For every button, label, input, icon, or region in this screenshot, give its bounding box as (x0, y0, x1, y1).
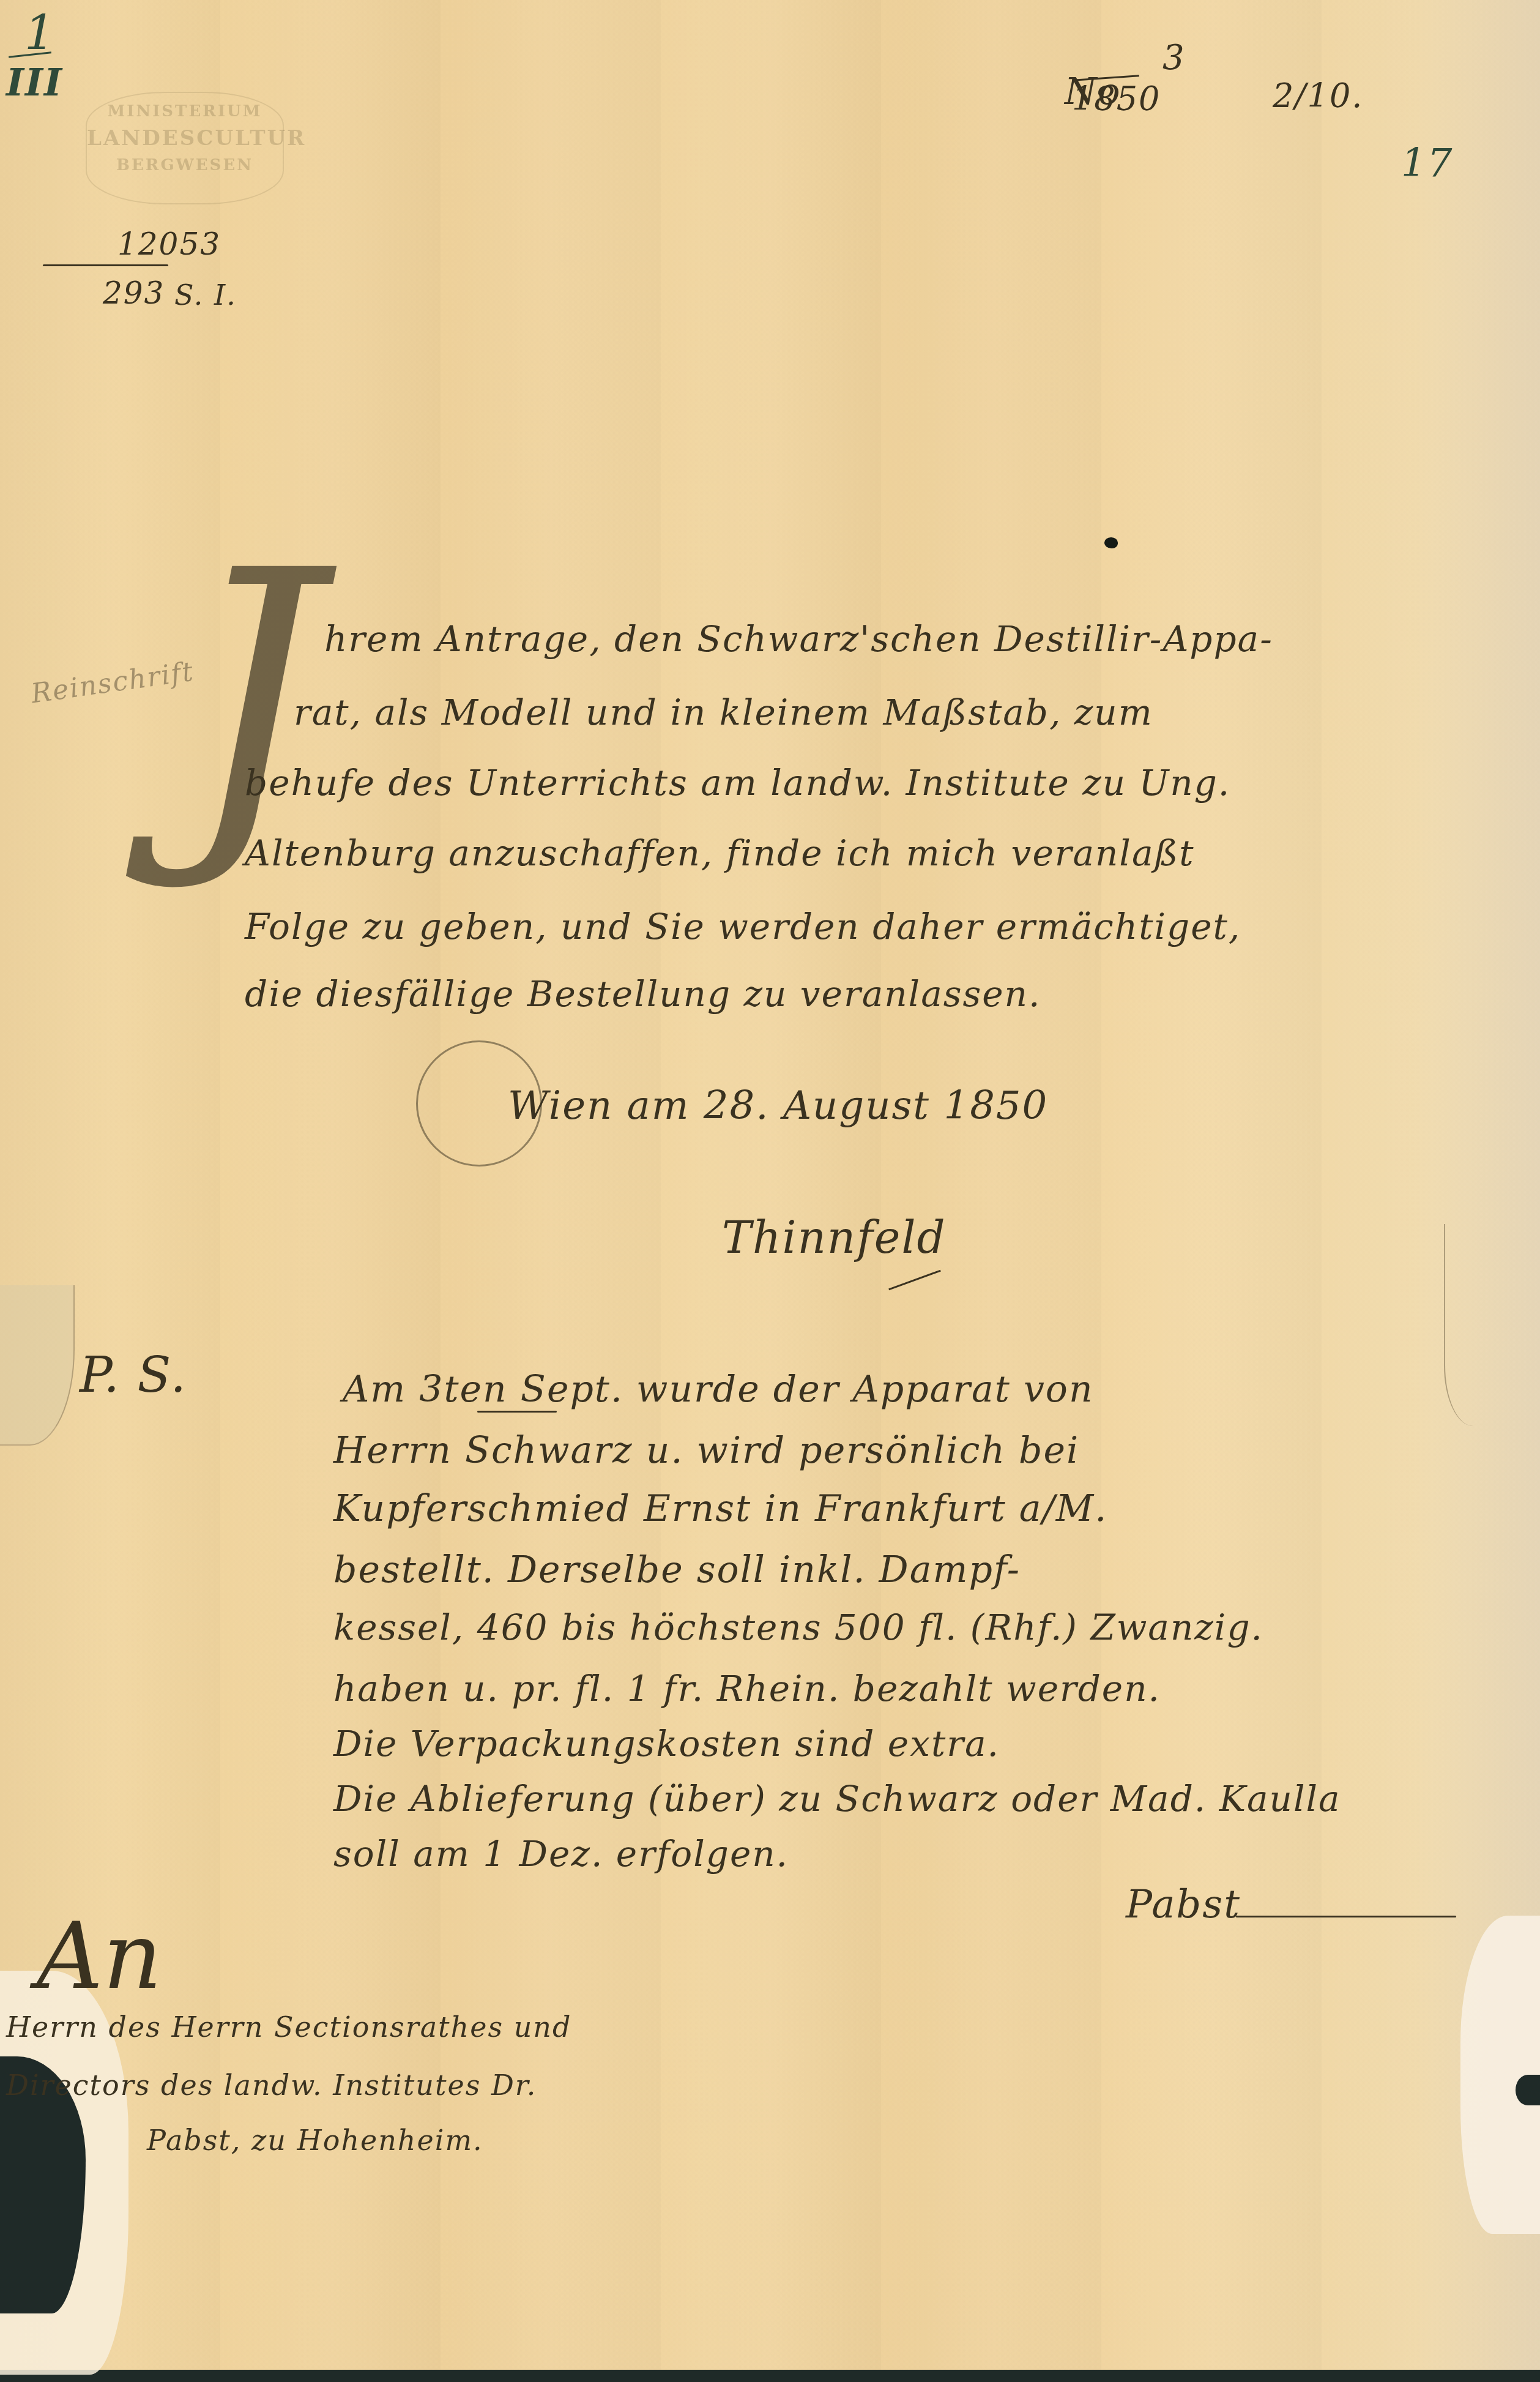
postscript-line: bestellt. Derselbe soll inkl. Dampf- (333, 1548, 1021, 1591)
postscript-line: haben u. pr. fl. 1 fr. Rhein. bezahlt we… (333, 1668, 1161, 1709)
shelf-mark-bottom: III (6, 60, 63, 105)
address-line: Directors des landw. Institutes Dr. (6, 2069, 537, 2102)
stamp-line-3: BERGWESEN (87, 152, 283, 179)
body-line: Folge zu geben, und Sie werden daher erm… (245, 906, 1241, 947)
body-line: hrem Antrage, den Schwarz'schen Destilli… (324, 618, 1273, 660)
pabst-signature-flourish (1236, 1916, 1456, 1917)
body-line: rat, als Modell und in kleinem Maßstab, … (294, 692, 1153, 733)
stamp-line-1: MINISTERIUM (87, 98, 283, 125)
ink-blot (1104, 537, 1118, 548)
address-line: Pabst, zu Hohenheim. (147, 2124, 483, 2157)
postscript-line: Am 3ten Sept. wurde der Apparat von (343, 1368, 1094, 1411)
registry-number-top: 12053 (117, 226, 221, 262)
pabst-signature: Pabst (1126, 1882, 1241, 1927)
body-line: Altenburg anzuschaffen, finde ich mich v… (245, 832, 1195, 874)
file-date: 2/10. (1273, 77, 1363, 115)
postscript-line: soll am 1 Dez. erfolgen. (333, 1833, 789, 1875)
postscript-underline (477, 1411, 557, 1413)
folio-number: 17 (1401, 141, 1453, 186)
registry-suffix: S. I. (174, 278, 237, 312)
postscript-line: Herrn Schwarz u. wird persönlich bei (333, 1429, 1079, 1472)
body-line: die diesfällige Bestellung zu veranlasse… (245, 973, 1041, 1015)
postscript-line: kessel, 460 bis höchstens 500 fl. (Rhf.)… (333, 1607, 1263, 1648)
postscript-label: P. S. (80, 1346, 187, 1403)
registry-number-bottom: 293 (103, 275, 165, 311)
postscript-line: Die Ablieferung (über) zu Schwarz oder M… (333, 1778, 1341, 1820)
ministry-stamp: MINISTERIUM LANDESCULTUR BERGWESEN (86, 92, 284, 204)
body-line: behufe des Unterrichts am landw. Institu… (245, 762, 1230, 804)
address-line: Herrn des Herrn Sectionsrathes und (6, 2011, 571, 2044)
file-number-numerator: 3 (1162, 38, 1186, 78)
file-number-denominator: 1850 (1072, 80, 1161, 118)
paper-crease-right (1444, 1224, 1540, 1426)
missing-piece-bottom-right (1516, 2075, 1540, 2105)
postscript-line: Die Verpackungskosten sind extra. (333, 1723, 1000, 1764)
minister-signature: Thinnfeld (722, 1212, 947, 1263)
stamp-line-2: LANDESCULTUR (87, 125, 283, 152)
address-prefix: An (37, 1903, 162, 2010)
postscript-line: Kupferschmied Ernst in Frankfurt a/M. (333, 1487, 1107, 1530)
registry-brace (43, 264, 168, 266)
place-date: Wien am 28. August 1850 (508, 1083, 1048, 1129)
